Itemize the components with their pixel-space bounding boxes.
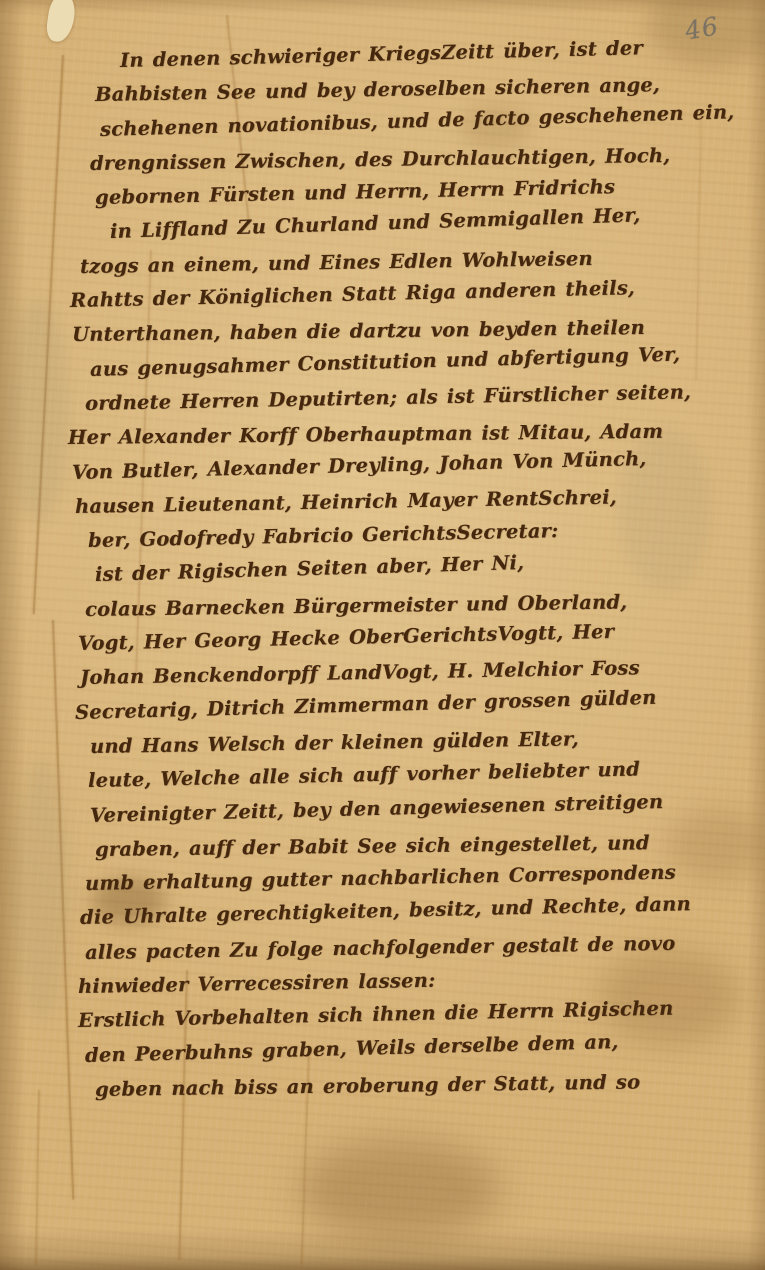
paper-crease bbox=[35, 1090, 40, 1265]
bleed-through-smudge bbox=[14, 760, 69, 1020]
paper-tear bbox=[45, 0, 77, 44]
bleed-through-smudge bbox=[8, 300, 68, 520]
manuscript-page: 46 In denen schwieriger KriegsZeitt über… bbox=[0, 0, 765, 1270]
text-block: In denen schwieriger KriegsZeitt über, i… bbox=[68, 44, 740, 1107]
paper-stain bbox=[300, 1140, 500, 1240]
